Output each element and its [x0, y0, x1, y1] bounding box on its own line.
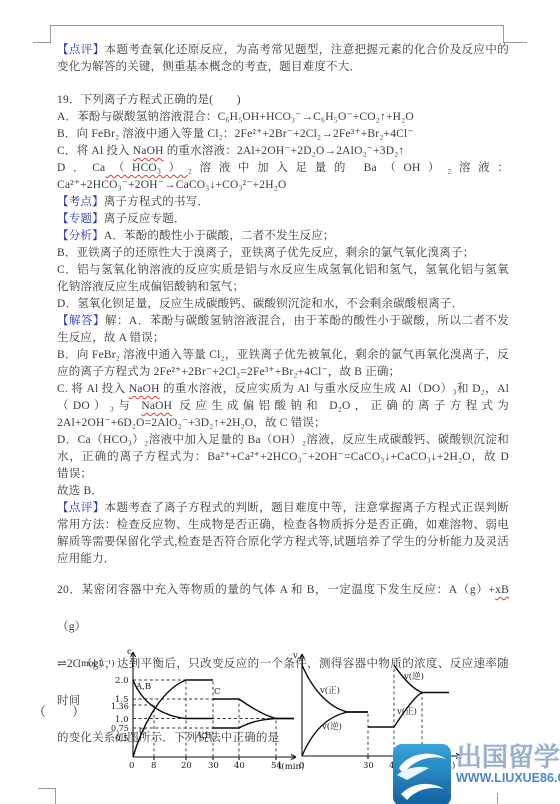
curve-label-c-start: C	[139, 727, 146, 737]
spacer	[57, 76, 509, 92]
analysis-a: 【分析】A．苯酚的酸性小于碳酸，二者不发生反应；	[57, 228, 509, 245]
curve-label-v-reverse-1: v(逆)	[321, 721, 342, 732]
spellcheck-underline: （HCO₃）	[105, 162, 187, 174]
analysis-d: D．氢氧化钡足量，反应生成碳酸钙、碳酸钡沉淀和水，不会剩余碳酸根离子．	[57, 296, 509, 313]
solution-c-text: C. 将 Al 投入	[57, 383, 129, 395]
question-20-text: 20．某密闭容器中充入等物质的量的气体 A 和 B，一定温度下发生反应：A（g）…	[57, 584, 495, 596]
y-tick-0.75: 0.75	[111, 724, 129, 733]
x-tick-8: 8	[151, 761, 156, 771]
x-tick-20: 20	[181, 761, 192, 771]
curve-c-segment2	[213, 699, 294, 719]
curve-label-c-plateau: C	[214, 687, 221, 697]
curve-label-v-forward-1: v(正)	[319, 685, 340, 696]
comment-text: 本题考查氧化还原反应，为高考常见题型，注意把握元素的化合价及反应中的变化为解答的…	[57, 44, 509, 73]
curve-label-ab-start: A,B	[135, 682, 151, 692]
x-tick-30: 30	[208, 761, 219, 771]
page-boundary-top-right-tick	[503, 25, 504, 43]
site-logo	[393, 744, 451, 804]
y-tick-0.5: 0.5	[115, 734, 129, 744]
solution-answer: 故选 B．	[57, 483, 509, 500]
question-19-option-c: C．将 Al 投入 NaOH 的重水溶液：2Al+2OH⁻+2D₂O→2AlO₂…	[57, 143, 509, 160]
option-d-text: D．Ca	[57, 162, 105, 174]
x-tick-54: 54	[271, 761, 282, 771]
section-tag-kaodian: 【考点】	[57, 196, 104, 208]
section-tag-zhuanti: 【专题】	[57, 213, 104, 225]
y-axis-title: v	[292, 651, 298, 661]
curve-label-v-reverse-2: v(逆)	[403, 671, 424, 682]
topic-line: 【专题】离子反应专题．	[57, 211, 509, 228]
spellcheck-underline: NaOH	[141, 400, 172, 412]
section-tag-jieda: 【解答】	[57, 315, 105, 327]
y-axis-units: (mol·L⁻¹)	[78, 659, 115, 668]
site-watermark: 出国留学网 WWW.LIUXUE86.COM	[456, 743, 560, 785]
page-boundary-top-left-arm	[33, 42, 50, 43]
analysis-c: C．铝与氢氧化钠溶液的反应实质是铝与水反应生成氢氧化铝和氢气，氢氧化铝与氢氧化钠…	[57, 262, 509, 296]
option-c-text: C．将 Al 投入	[57, 145, 133, 157]
dianping-text: 本题考查了离子方程式的判断，题目难度中等，注意掌握离子方程式正误判断常用方法：检…	[57, 502, 509, 565]
comment-paragraph-q19: 【点评】本题考查了离子方程式的判断，题目难度中等，注意掌握离子方程式正误判断常用…	[57, 500, 509, 568]
y-tick-2.0: 2.0	[115, 676, 129, 686]
section-tag-dianping: 【点评】	[57, 502, 105, 514]
site-url: WWW.LIUXUE86.COM	[456, 771, 560, 785]
x-tick-40: 40	[234, 761, 245, 771]
zhuanti-text: 离子反应专题．	[104, 213, 186, 225]
question-19-option-b: B．向 FeBr₂ 溶液中通入等量 Cl₂：2Fe²⁺+2Br⁻+2Cl₂→2F…	[57, 126, 509, 143]
exam-point-line: 【考点】离子方程式的书写．	[57, 194, 509, 211]
question-19-option-d: D．Ca（HCO₃）₂溶液中加入足量的 Ba（OH）₂溶液：Ca²⁺+2HCO₃…	[57, 160, 509, 194]
analysis-b: B．亚铁离子的还原性大于溴离子，亚铁离子优先反应，剩余的氯气氧化溴离子；	[57, 245, 509, 262]
y-axis-title: c	[127, 647, 132, 657]
x-tick-0: 0	[299, 761, 304, 771]
x-tick-30: 30	[363, 761, 374, 771]
solution-a-text: 解：A．苯酚与碳酸氢钠溶液混合，由于苯酚的酸性小于碳酸，所以二者不发生反应，故 …	[57, 315, 509, 344]
curve-label-ab-plateau: A,B	[195, 731, 211, 741]
analysis-a-text: A．苯酚的酸性小于碳酸，二者不发生反应；	[104, 230, 335, 242]
question-20-text-cont: （g）	[57, 621, 86, 633]
concentration-time-chart: c (mol·L⁻¹) t(min) 2.0 1.5 1.36 1.0 0.75…	[70, 645, 305, 785]
spellcheck-underline: NaOH	[129, 383, 160, 395]
comment-paragraph-q18: 【点评】本题考查氧化还原反应，为高考常见题型，注意把握元素的化合价及反应中的变化…	[57, 42, 509, 76]
document-page: 【点评】本题考查氧化还原反应，为高考常见题型，注意把握元素的化合价及反应中的变化…	[0, 0, 560, 804]
site-name: 出国留学网	[456, 743, 560, 771]
solution-c: C. 将 Al 投入 NaOH 的重水溶液，反应实质为 Al 与重水反应生成 A…	[57, 381, 509, 432]
curve-ab-segment2	[213, 719, 294, 729]
question-19-stem: 19．下列离子方程式正确的是( )	[57, 92, 509, 109]
curve-label-v-forward-2: v(正)	[396, 706, 417, 717]
spellcheck-underline: NaOH	[133, 145, 164, 157]
section-tag-comment: 【点评】	[57, 44, 105, 56]
option-c-text-cont: 的重水溶液：2Al+2OH⁻+2D₂O→2AlO₂⁻+3D₂↑	[164, 145, 405, 157]
x-tick-0: 0	[129, 761, 134, 771]
curve-v-reverse-1	[302, 712, 368, 756]
solution-b: B．向 FeBr₂ 溶液中通入等量 Cl₂，亚铁离子优先被氧化，剩余的氯气再氧化…	[57, 347, 509, 381]
kaodian-text: 离子方程式的书写．	[104, 196, 209, 208]
solution-d: D．Ca（HCO₃）₂溶液中加入足量的 Ba（OH）₂溶液，反应生成碳酸钙、碳酸…	[57, 432, 509, 483]
page-boundary-top-line	[50, 25, 503, 26]
question-20-figure: （ ） c (mol·L	[0, 644, 560, 804]
page-boundary-top-left-tick	[50, 25, 51, 43]
section-tag-fenxi: 【分析】	[57, 230, 104, 242]
spellcheck-underline: xB	[495, 584, 509, 596]
question-20-line1: 20．某密闭容器中充入等物质的量的气体 A 和 B，一定温度下发生反应：A（g）…	[57, 572, 509, 646]
y-tick-1.36: 1.36	[111, 702, 129, 711]
question-19-option-a: A．苯酚与碳酸氢钠溶液混合：C₆H₅OH+HCO₃⁻→C₆H₅O⁻+CO₂↑+H…	[57, 109, 509, 126]
solution-a: 【解答】解：A．苯酚与碳酸氢钠溶液混合，由于苯酚的酸性小于碳酸，所以二者不发生反…	[57, 313, 509, 347]
